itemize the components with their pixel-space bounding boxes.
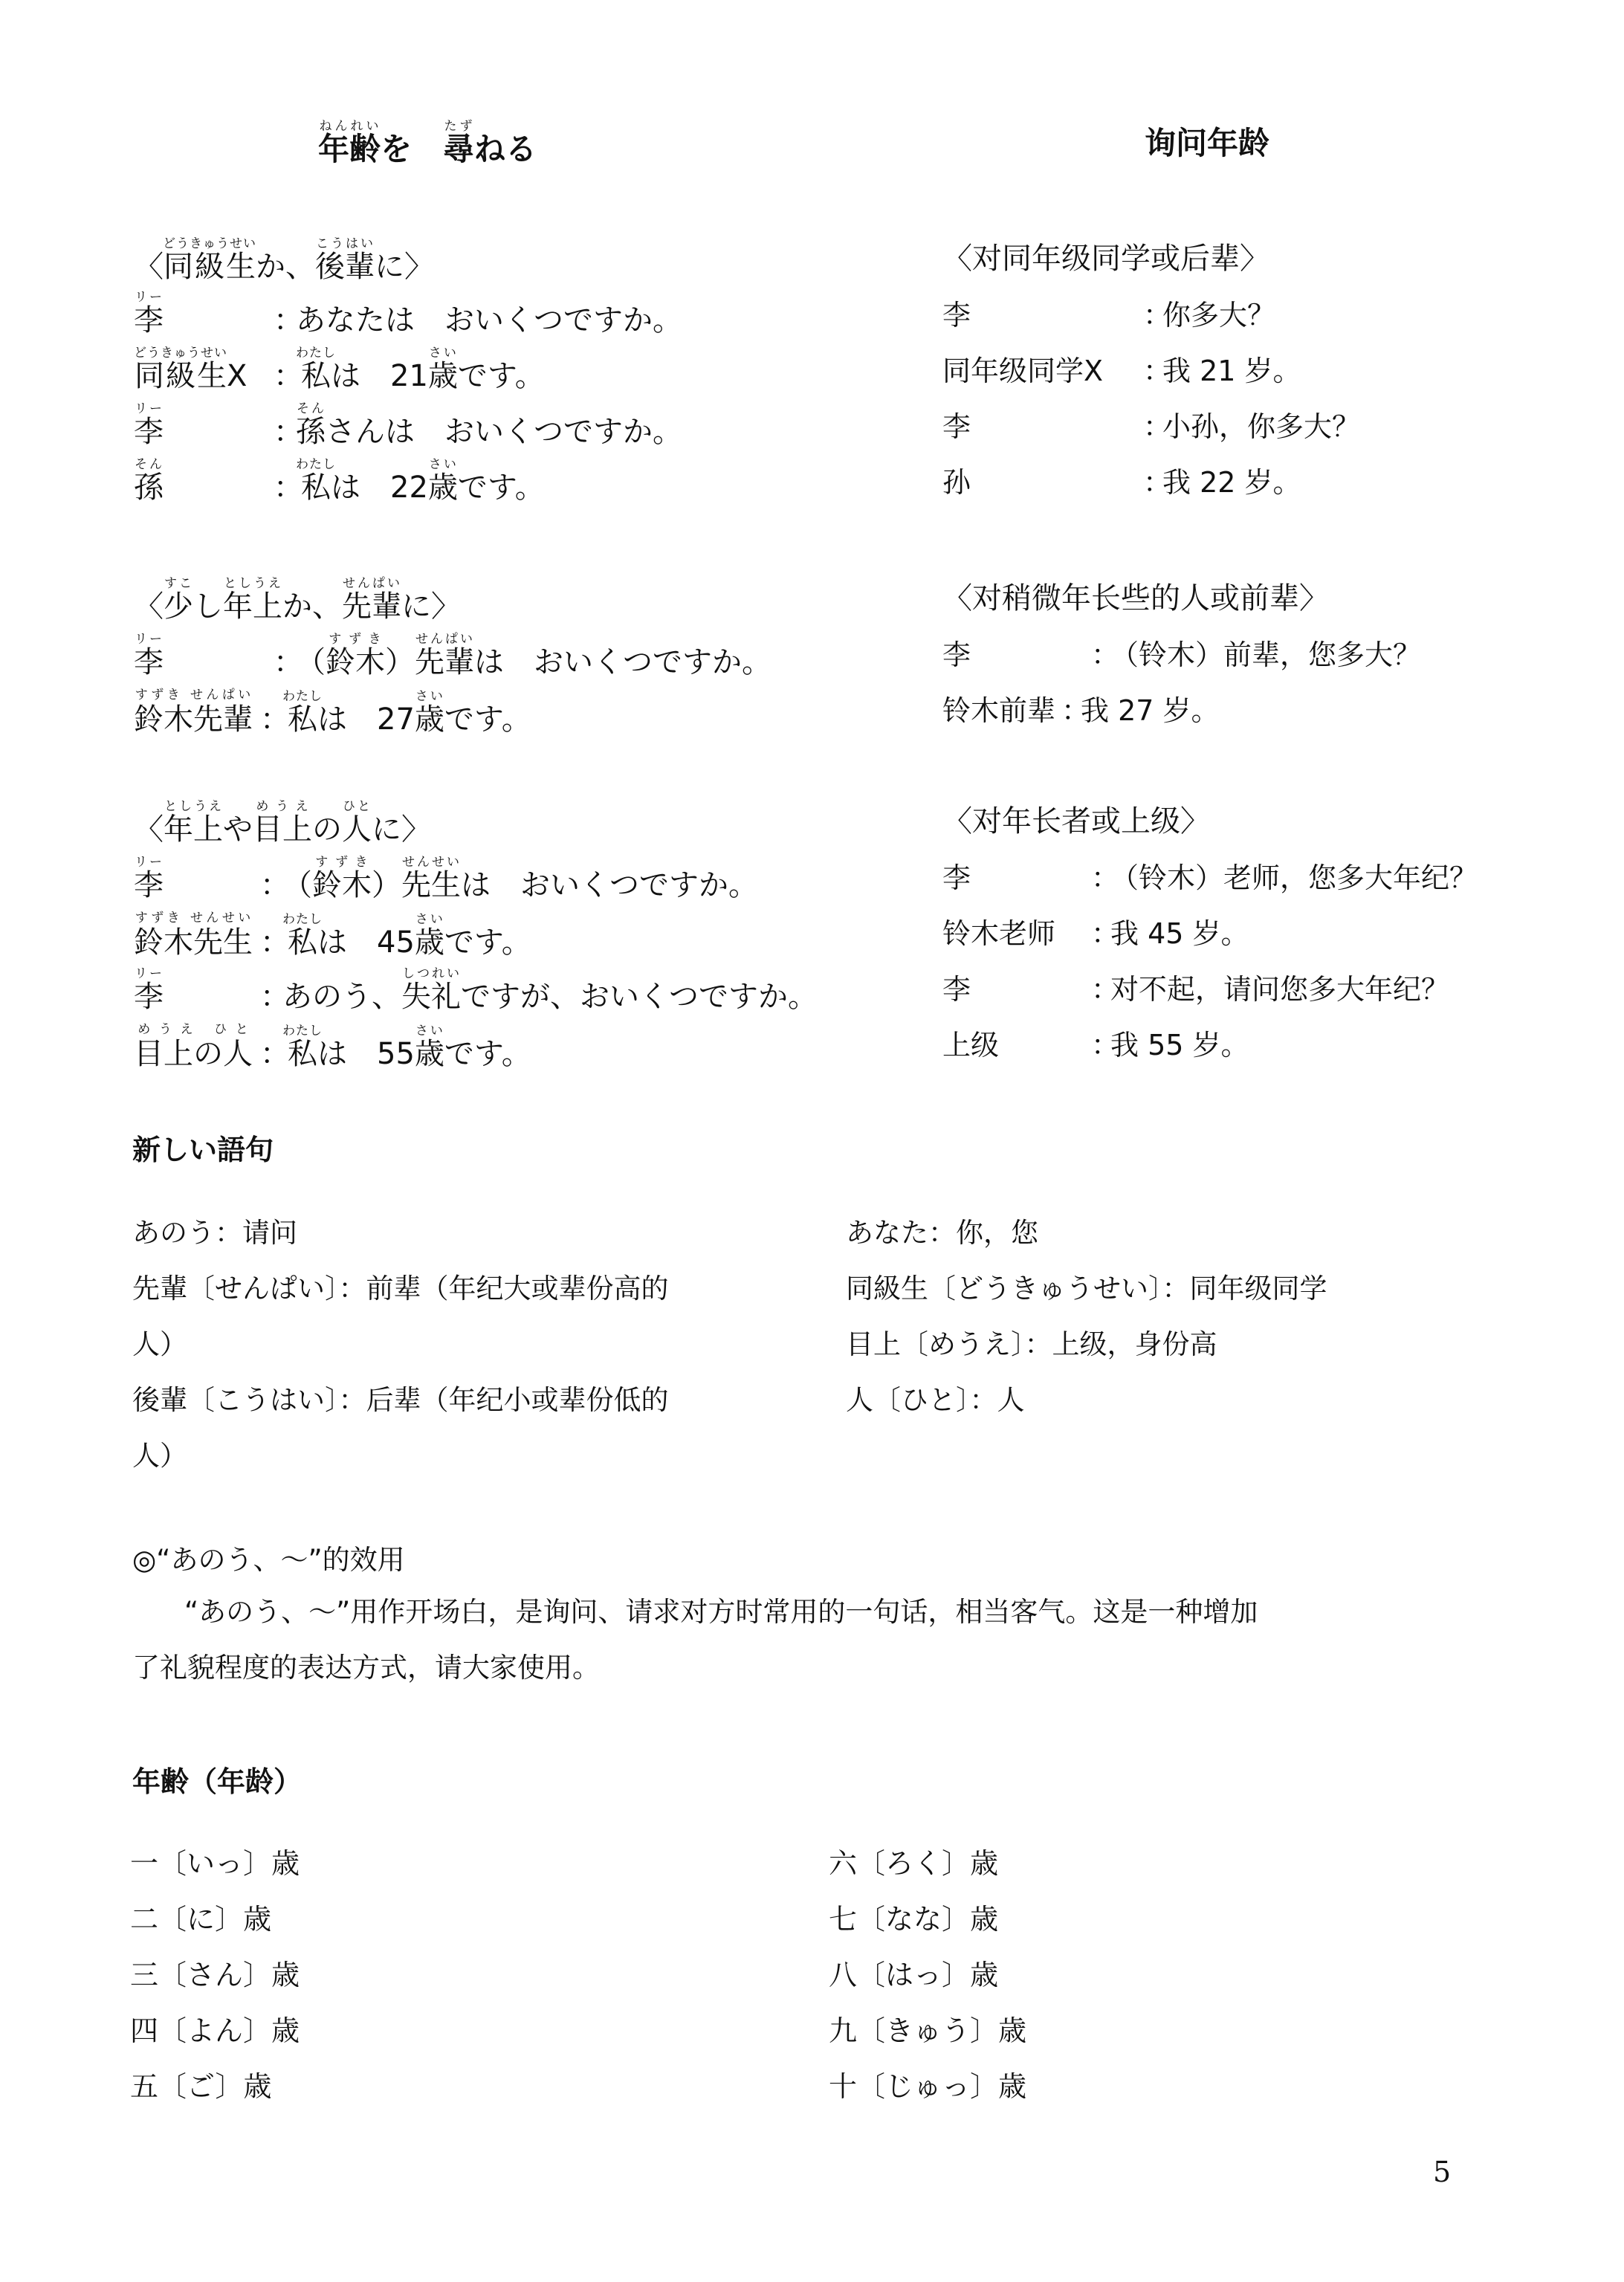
dialogue-line-jp: 李リー：孫そんさんは おいくつですか。: [134, 401, 682, 447]
vocab-item: あのう：请问: [132, 1219, 297, 1247]
vocab-item: 同級生〔どうきゅうせい〕：同年级同学: [846, 1275, 1327, 1302]
age-item: 九〔きゅう〕歳: [829, 2017, 1026, 2045]
dialogue-line-jp: 目上の人めうえ ひと：私わたしは 55歳さいです。: [134, 1022, 531, 1069]
dialogue-line-cn: 李：小孙，你多大？: [942, 413, 1360, 441]
vocab-item: 人〔ひと〕：人: [846, 1386, 1025, 1414]
dialogue-line-cn: 铃木老师：我 45 岁。: [942, 919, 1249, 948]
dialogue-line-cn: 同年级同学X：我 21 岁。: [942, 357, 1301, 385]
dialogue-line-jp: 鈴木先生すずき せんせい：私わたしは 45歳さいです。: [134, 911, 531, 957]
page-title-chinese: 询问年龄: [1145, 128, 1269, 159]
age-item: 二〔に〕歳: [130, 1905, 271, 1933]
note-paragraph-line: “あのう、～”用作开场白，是询问、请求对方时常用的一句话，相当客气。这是一种增加: [184, 1598, 1258, 1626]
age-item: 五〔ご〕歳: [130, 2072, 271, 2101]
vocab-item: 人）: [132, 1331, 187, 1358]
vocab-item: 目上〔めうえ〕：上级，身份高: [846, 1331, 1217, 1358]
age-item: 七〔なな〕歳: [829, 1905, 998, 1933]
dialogue-line-jp: 李リー：あのう、失礼しつれいですが、おいくつですか。: [134, 966, 818, 1012]
dialogue-line-cn: 李：（铃木）前辈，您多大？: [942, 641, 1421, 669]
vocab-item: 後輩〔こうはい〕：后辈（年纪小或辈份低的: [132, 1386, 669, 1414]
dialogue-line-cn: 李：你多大？: [942, 301, 1275, 329]
ages-title: 年齢（年龄）: [132, 1768, 302, 1796]
double-circle-icon: ◎: [132, 1544, 156, 1576]
section-2-cn-heading: 〈对稍微年长些的人或前辈〉: [942, 584, 1329, 613]
age-item: 一〔いっ〕歳: [130, 1849, 300, 1878]
section-3-jp-heading: 〈年上としうえや目上めうえの人ひとに〉: [134, 799, 431, 844]
dialogue-line-cn: 李：（铃木）老师，您多大年纪？: [942, 864, 1478, 892]
dialogue-line-jp: 同級生どうきゅうせいX：私わたしは 21歳さいです。: [134, 346, 545, 391]
dialogue-line-cn: 铃木前辈：我 27 岁。: [942, 696, 1220, 725]
dialogue-line-jp: 李リー：（鈴木すずき）先輩せんぱいは おいくつですか。: [134, 632, 771, 677]
note-title: ◎“あのう、～”的效用: [132, 1546, 405, 1574]
age-item: 六〔ろく〕歳: [829, 1849, 998, 1878]
dialogue-line-cn: 孙：我 22 岁。: [942, 468, 1301, 497]
note-paragraph-line: 了礼貌程度的表达方式，请大家使用。: [132, 1654, 600, 1681]
dialogue-line-jp: 李リー：あなたは おいくつですか。: [134, 290, 682, 335]
section-1-cn-heading: 〈对同年级同学或后辈〉: [942, 244, 1269, 274]
vocab-item: 人）: [132, 1442, 187, 1470]
section-2-jp-heading: 〈少すこし年上としうえか、先輩せんぱいに〉: [134, 576, 461, 621]
dialogue-line-cn: 李：对不起，请问您多大年纪？: [942, 975, 1449, 1003]
dialogue-line-jp: 孫そん：私わたしは 22歳さいです。: [134, 457, 545, 502]
vocab-item: 先輩〔せんぱい〕：前辈（年纪大或辈份高的: [132, 1275, 669, 1302]
section-1-jp-heading: 〈同級生どうきゅうせいか、後輩こうはいに〉: [134, 236, 434, 282]
age-item: 四〔よん〕歳: [130, 2017, 300, 2045]
section-3-cn-heading: 〈对年长者或上级〉: [942, 807, 1210, 836]
page-number: 5: [1433, 2156, 1451, 2188]
dialogue-line-cn: 上级：我 55 岁。: [942, 1031, 1249, 1059]
vocab-title: 新しい語句: [132, 1136, 274, 1164]
page-title-japanese: 年齢ねんれいを 尋たずねる: [318, 119, 537, 165]
age-item: 三〔さん〕歳: [130, 1961, 300, 1989]
dialogue-line-jp: 李リー：（鈴木すずき）先生せんせいは おいくつですか。: [134, 855, 758, 900]
dialogue-line-jp: 鈴木先輩すずき せんぱい：私わたしは 27歳さいです。: [134, 688, 531, 734]
age-item: 十〔じゅっ〕歳: [829, 2072, 1026, 2101]
age-item: 八〔はっ〕歳: [829, 1961, 998, 1989]
vocab-item: あなた：你，您: [846, 1219, 1038, 1247]
